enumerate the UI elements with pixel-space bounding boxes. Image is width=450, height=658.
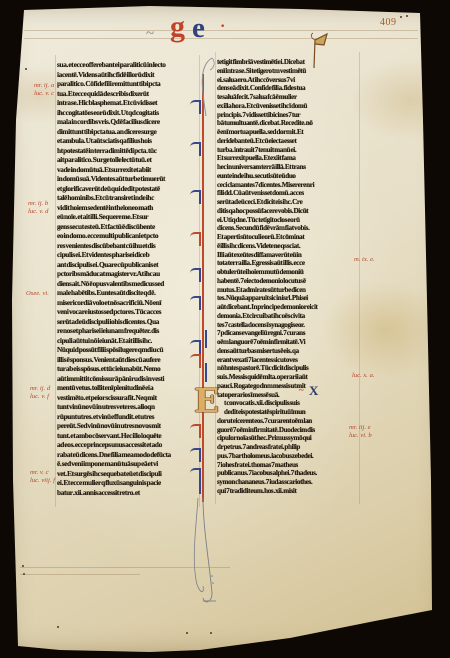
paraph-mark <box>190 468 201 494</box>
text-line: tunt. et ambo cōservant. Hec illo loquēt… <box>57 431 199 441</box>
text-line: tat operarios ī messē suā. <box>217 391 359 400</box>
text-line: dimittunt tibi pcta tua. an dicere surge <box>57 127 199 137</box>
text-line: nō hntes pastorē. Tūc dicit discipulis <box>217 364 359 373</box>
text-line: ant discipulis ei. Quare cū publicanis e… <box>57 260 199 270</box>
text-line: misericordiā volo et nō sacrificiū. Nō e… <box>57 298 199 308</box>
text-line: talē hominibs. Et cū transiret inde ihc <box>57 193 199 203</box>
text-line: ē enī mortua puella. sed dormit. Et <box>217 128 359 137</box>
margin-note-line: mr. ij. d <box>30 385 50 392</box>
text-line: ait paralitico. Surge tolle lectū tuū. e… <box>57 155 199 165</box>
text-line: suis. Messis quidē mlta. operarii aūt <box>217 373 359 382</box>
text-line: eunte inde ihu. secuti sūt eū duo <box>217 172 359 181</box>
paraph-mark <box>190 340 201 354</box>
text-line: cipuli aūt tui nō ieiunāt. Et ait illis … <box>57 336 199 346</box>
text-line: tes. Nūquā apparuit sic in isrl. Phisei <box>217 294 359 303</box>
paraph-mark <box>190 232 201 246</box>
gutter-blue-bar <box>205 363 207 382</box>
text-line: Et aperti sūt oculi eorū. Et cōminat <box>217 233 359 242</box>
text-line: paralitico. Cōfide fili remittunt tibi p… <box>57 79 199 89</box>
text-line: ex illa hora. Et cū venisset ihc ī domū <box>217 102 359 111</box>
gutter-blue-bar <box>205 330 207 348</box>
pricking-dot <box>57 626 59 628</box>
text-line: deridebant eū. Et cū eiecta esset <box>217 137 359 146</box>
paraph-mark <box>190 142 201 156</box>
tail-flourish-icon <box>190 498 238 616</box>
text-line: serūt ad eū ceci. Et dicit eis ihc. Cre <box>217 198 359 207</box>
text-line: obtulerūt ei hoiem mutū demoniū <box>217 268 359 277</box>
text-line: dr petrus. 7 andreas frat ei. philip <box>217 443 359 452</box>
margin-note-line: luc. vi. b <box>349 432 372 439</box>
text-line: vet. Et surgēs ihc sequebat eū et discip… <box>57 469 199 479</box>
text-line: pus. 7 bartholomeus. iacobus zebedei. <box>217 452 359 461</box>
left-text-column: sua. et ecce offerebant ei paraliticū in… <box>57 60 199 502</box>
pricking-dot <box>210 632 212 634</box>
paraph-mark <box>190 296 201 310</box>
text-line: ad eos. ecce princeps unus accessit et a… <box>57 440 199 450</box>
pricking-dot <box>186 632 188 634</box>
header-descender-flourish-icon <box>192 56 218 118</box>
text-line: vestimēto. et peior scissura fit. Neq mi… <box>57 393 199 403</box>
text-line: male habētibs. Euntes aūt discite qd ē. <box>57 288 199 298</box>
text-line: mutus. Et admirate sūt turbe dicen <box>217 286 359 295</box>
text-line: hec in universam terrā illā. Et trans <box>217 163 359 172</box>
pricking-dot <box>406 15 408 17</box>
text-line: oēm languorē 7 oēm infirmitatē. Vi <box>217 338 359 347</box>
text-line: tota terra illa. Egressis aūt illis. ecc… <box>217 259 359 268</box>
text-line: in domū suā. Videntes aūt turbe timuerūt <box>57 174 199 184</box>
text-line: et ambula. Ut aūt sciatis qa filius hois <box>57 136 199 146</box>
text-line: ihc cogitatōes eorū dixit. Ut qd cogitat… <box>57 108 199 118</box>
chapter-flourish: ~ <box>299 385 304 395</box>
ruling-line <box>24 38 418 39</box>
header-flourish: ~ <box>146 26 154 43</box>
text-line: bā tumultuantē. dicebat. Recedite. nō <box>217 119 359 128</box>
text-line: fili dd. Cū aūt venisset domū. acces <box>217 189 359 198</box>
margin-note-line: mr. ij. b <box>28 200 48 207</box>
margin-note-line: luc. viij. f <box>30 477 55 484</box>
margin-note-line: luc. v. c <box>34 90 54 97</box>
margin-note: mr. ij. d luc. v. f <box>30 385 50 401</box>
text-line: rūpunt utres. et vinū effundit. et utres <box>57 412 199 422</box>
text-line: rabat eū dicens. Dne filia mea modo defū… <box>57 450 199 460</box>
text-line: ei. Utiq dne. Tūc tetigit oclos eorū <box>217 216 359 225</box>
text-line: ei. Et ecce mulier q fluxū sanguinis pac… <box>57 478 199 488</box>
text-line: pereūt. Sed vinū novū in utres novos mit <box>57 421 199 431</box>
text-line: mala in cordibs vris. Qd ē facilius dice… <box>57 117 199 127</box>
gutter-red-line <box>202 74 204 502</box>
text-line: eo in domo. ecce multi publicani et pcto <box>57 231 199 241</box>
text-line: tes 7 castella docens ī synagogis eor. <box>217 321 359 330</box>
text-line: serūt ad eū discipuli iohis dicentes. Qu… <box>57 317 199 327</box>
text-line: tur ab eis spōsus. et tūc ieiunabūt. Nem… <box>57 364 199 374</box>
text-line: pctoribs māducat magister vr. At ihc au <box>57 269 199 279</box>
text-line: iacentē. Videns aūt ihc fidē illorū dixi… <box>57 70 199 80</box>
text-line: vade in domū tuā. Et surrexit et abiit <box>57 165 199 175</box>
margin-note: Osee. vi. <box>26 290 49 298</box>
text-line: aūt immittit cōmissurā pāni rudis in ves… <box>57 374 199 384</box>
margin-note-line: m. ix. e. <box>354 256 375 263</box>
paraph-mark <box>190 448 201 462</box>
text-line: dens eā dixit. Confide filia. fides tua <box>217 84 359 93</box>
chapter-numeral-x: X <box>309 383 318 399</box>
text-line: dicens. Secundū fidē vrām fiat vobis. <box>217 224 359 233</box>
margin-note-line: mr. iij. e <box>349 424 371 431</box>
text-line: gens secut est eū. Et factū ē discūbente <box>57 222 199 232</box>
column-rule <box>215 52 216 504</box>
margin-note-line: luc. v. d <box>28 208 48 215</box>
paraph-mark <box>190 268 201 282</box>
text-line: habentē. 7 eiecto demonio locutus ē <box>217 277 359 286</box>
text-line: dor ut eicerent eos. 7 curarent oēm lan <box>217 417 359 426</box>
text-line: ht potestatē in terra dimittēdi pcta. tū… <box>57 146 199 156</box>
text-line: turba. intrauit 7 tenuit manū ei. <box>217 146 359 155</box>
lombardic-initial-e: E <box>194 383 219 419</box>
margin-note: mr. ij. b luc. v. d <box>28 200 48 216</box>
text-line: guorē 7 oēm infirmitatē. Duodecim dis <box>217 426 359 435</box>
ruling-line <box>20 574 140 575</box>
margin-note-line: Osee. vi. <box>26 290 49 297</box>
penwork-initial-d-icon <box>308 32 332 70</box>
text-line: diens ait. Nō ē opus valentibs medicus s… <box>57 279 199 289</box>
text-line: publicanus. 7 iacobus alphei. 7 thadeus. <box>217 469 359 478</box>
text-line: et glorificaverūt deū qui dedit potestat… <box>57 184 199 194</box>
text-line: ei. salua ero. At ihc cōversus 7 vi <box>217 76 359 85</box>
margin-note: luc. x. a. <box>352 372 375 380</box>
pricking-dot <box>25 68 27 70</box>
paraph-mark <box>190 424 201 438</box>
margin-note: mr. ij. a luc. v. c <box>34 82 54 98</box>
margin-note: m. ix. e. <box>354 256 375 264</box>
margin-note: mr. iij. e luc. vi. b <box>349 424 372 440</box>
paraph-mark <box>190 190 201 204</box>
text-line: dedit eis potestatē spirituū īmun <box>217 408 359 417</box>
text-line: ē. sed veni impone manū tuā sup eā et vi <box>57 459 199 469</box>
text-line: vidit hoiem sedentē in theloneo math <box>57 203 199 213</box>
manuscript-photo: ~ g e · 409 sua. et ecce offerebant ei p… <box>0 0 450 658</box>
text-line: res venientes discūbebant cū ihu et dis <box>57 241 199 251</box>
margin-note-line: luc. x. a. <box>352 372 375 379</box>
margin-note-line: mr. v. c <box>30 469 49 476</box>
text-line: mentū vetus. tollit enī plenitudinē ei a <box>57 383 199 393</box>
text-line: ceci clamantes 7 dicentes. Miserere nri <box>217 181 359 190</box>
folio-number: 409 <box>380 17 397 28</box>
text-line: aūt dicebant. In principe demonior eicit <box>217 303 359 312</box>
right-text-column: tetigit fimbriā vestimēti ei. Dicebatenī… <box>217 58 359 500</box>
text-line: intra se. Hic blasphemat. Et cū vidisset <box>57 98 199 108</box>
margin-note: mr. v. c luc. viij. f <box>30 469 55 485</box>
margin-note-line: luc. v. f <box>30 393 49 400</box>
text-line: te saluā fecit. 7 salua fcā ē mulier <box>217 93 359 102</box>
text-line: t convocatis .xii. discipulis suis <box>217 399 359 408</box>
column-rule <box>55 55 56 507</box>
text-line: illis ē sponsus. Venient aūt dies cū auf… <box>57 355 199 365</box>
text-line: cipulis ei. Et videntes pharisei diceb <box>57 250 199 260</box>
text-line: erant vexati 7 iacentes sicut oves <box>217 356 359 365</box>
parchment-leaf: ~ g e · 409 sua. et ecce offerebant ei p… <box>0 0 450 658</box>
text-line: batur .xii. annis accessit retro. et <box>57 488 199 498</box>
text-line: pauci. Rogate go dnm messis ut mit <box>217 382 359 391</box>
text-line: tunt vinū novū in utres veteres. alioqn <box>57 402 199 412</box>
text-line: eū noīe. et ait illi. Sequere me. Et sur <box>57 212 199 222</box>
pricking-dot <box>22 565 24 567</box>
text-line: principis. 7 vidisset tibicines 7 tur <box>217 111 359 120</box>
text-line: Nūquid possūt filii spōsi lugere qmdiu c… <box>57 345 199 355</box>
header-letter-g: g <box>170 10 185 44</box>
text-line: tetigit fimbriā vestimēti ei. Dicebat <box>217 58 359 67</box>
text-line: demonia. Et circuibat ihc oēs civita <box>217 312 359 321</box>
header-dot: · <box>220 18 225 36</box>
text-line: dens aūt turbas misertus ē eis. qa <box>217 347 359 356</box>
pricking-dot <box>23 573 25 575</box>
paraph-mark <box>190 354 201 368</box>
text-line: ē illis ihc dicens. Videte ne qs sciat. <box>217 242 359 251</box>
text-line: 7 pdicans evangeliū regni. 7 curans <box>217 329 359 338</box>
text-line: tua. Et ecce quidā de scribis dixerūt <box>57 89 199 99</box>
header-letter-e: e <box>192 12 205 45</box>
text-line: 7 iohes frat ei. thomas 7 matheus <box>217 461 359 470</box>
text-line: ditis qa hoc possū facere vobis. Dicūt <box>217 207 359 216</box>
text-line: sua. et ecce offerebant ei paraliticū in… <box>57 60 199 70</box>
text-line: re nos et pharisei ieiunam frequēter. di… <box>57 326 199 336</box>
text-line: Et surrexit puella. Et exiit fama <box>217 154 359 163</box>
margin-note-line: mr. ij. a <box>34 82 54 89</box>
text-line: cipulor noīa sūt hec. Primus symō qui <box>217 434 359 443</box>
pricking-dot <box>400 16 402 18</box>
text-line: enī intra se. Si tetigero tm vestimētū <box>217 67 359 76</box>
text-line: symon chananeus. 7 iudas scariothes. <box>217 478 359 487</box>
text-line: veni vocare iustos sed pctores. Tūc acce… <box>57 307 199 317</box>
text-line: qui 7 tradidit eum. hos .xii. misit <box>217 487 359 496</box>
text-line: Illi aūt exeūtes diffamaverūt eū in <box>217 251 359 260</box>
